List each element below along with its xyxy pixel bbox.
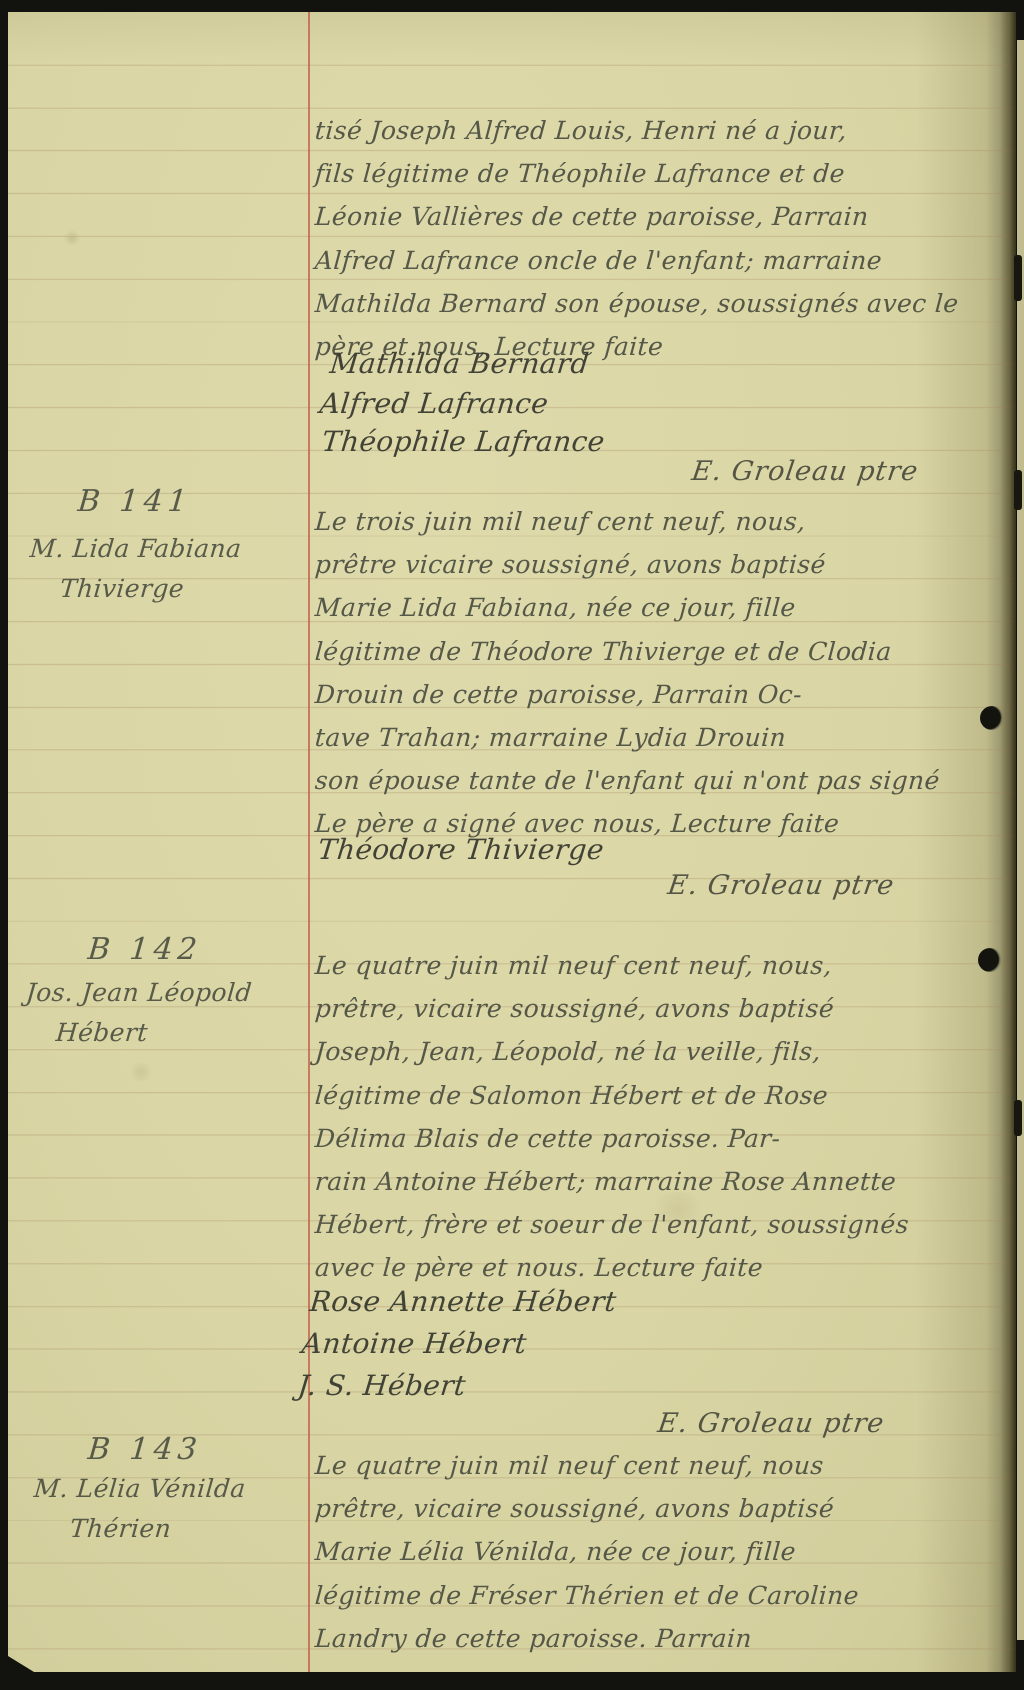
priest-signature: E. Groleau ptre [656, 1408, 887, 1439]
entry-line: son épouse tante de l'enfant qui n'ont p… [313, 759, 1016, 802]
entry-number: B 141 [76, 484, 193, 519]
entry-line: Marie Lélia Vénilda, née ce jour, fille [313, 1530, 1016, 1573]
entry-line: Mathilda Bernard son épouse, soussignés … [313, 282, 1016, 325]
entry-line: prêtre, vicaire soussigné, avons baptisé [313, 1487, 1016, 1530]
signature: Mathilda Bernard [328, 344, 591, 384]
entry-line: légitime de Fréser Thérien et de Carolin… [313, 1574, 1016, 1617]
age-spot [64, 230, 80, 246]
entry-margin-name: M. Lida Fabiana [29, 534, 243, 563]
signature: Antoine Hébert [300, 1324, 529, 1364]
signature: J. S. Hébert [296, 1366, 468, 1406]
entry-margin-name: M. Lélia Vénilda [33, 1474, 247, 1503]
signature: Théodore Thivierge [316, 830, 606, 870]
entry-line: Alfred Lafrance oncle de l'enfant; marra… [313, 239, 1016, 282]
entry-line: légitime de Théodore Thivierge et de Clo… [313, 630, 1016, 673]
signature: Rose Annette Hébert [308, 1282, 619, 1322]
binding-mark [1014, 1100, 1022, 1136]
entry-line: prêtre vicaire soussigné, avons baptisé [313, 543, 1016, 586]
entry-line: Marie Lida Fabiana, née ce jour, fille [313, 586, 1016, 629]
punch-hole [978, 948, 1002, 972]
punch-hole [980, 706, 1004, 730]
entry-line: tave Trahan; marraine Lydia Drouin [313, 716, 1016, 759]
entry-number: B 142 [86, 932, 203, 967]
priest-signature: E. Groleau ptre [666, 870, 897, 901]
entry-margin-name: Thérien [69, 1514, 173, 1543]
photo-background: tisé Joseph Alfred Louis, Henri né a jou… [0, 0, 1024, 1690]
entry-line: Délima Blais de cette paroisse. Par- [313, 1117, 1016, 1160]
signature: Théophile Lafrance [320, 422, 607, 462]
entry-margin-name: Jos. Jean Léopold [25, 978, 253, 1007]
entry-margin-name: Thivierge [59, 574, 186, 603]
entry-line: Joseph, Jean, Léopold, né la veille, fil… [313, 1030, 1016, 1073]
entry-line: Landry de cette paroisse. Parrain [313, 1617, 1016, 1660]
entry-line: Le quatre juin mil neuf cent neuf, nous, [313, 944, 1016, 987]
corner-nick [8, 1656, 34, 1672]
entry-line: prêtre, vicaire soussigné, avons baptisé [313, 987, 1016, 1030]
margin-rule-line [308, 12, 310, 1672]
entry-number: B 143 [86, 1432, 203, 1467]
entry-line: Drouin de cette paroisse, Parrain Oc- [313, 673, 1016, 716]
entry-line: Hébert, frère et soeur de l'enfant, sous… [313, 1203, 1016, 1246]
register-page: tisé Joseph Alfred Louis, Henri né a jou… [8, 12, 1016, 1672]
signature: Alfred Lafrance [318, 384, 551, 424]
entry-line: Le quatre juin mil neuf cent neuf, nous [313, 1444, 1016, 1487]
entry-line: tisé Joseph Alfred Louis, Henri né a jou… [313, 109, 1016, 152]
entry-line: Le trois juin mil neuf cent neuf, nous, [313, 500, 1016, 543]
entry-line: Léonie Vallières de cette paroisse, Parr… [313, 195, 1016, 238]
age-spot [128, 1062, 154, 1082]
entry-line: rain Antoine Hébert; marraine Rose Annet… [313, 1160, 1016, 1203]
entry-line: fils légitime de Théophile Lafrance et d… [313, 152, 1016, 195]
entry-line: légitime de Salomon Hébert et de Rose [313, 1074, 1016, 1117]
binding-mark [1014, 255, 1022, 301]
priest-signature: E. Groleau ptre [690, 456, 921, 487]
binding-mark [1014, 470, 1022, 510]
entry-margin-name: Hébert [55, 1018, 149, 1047]
